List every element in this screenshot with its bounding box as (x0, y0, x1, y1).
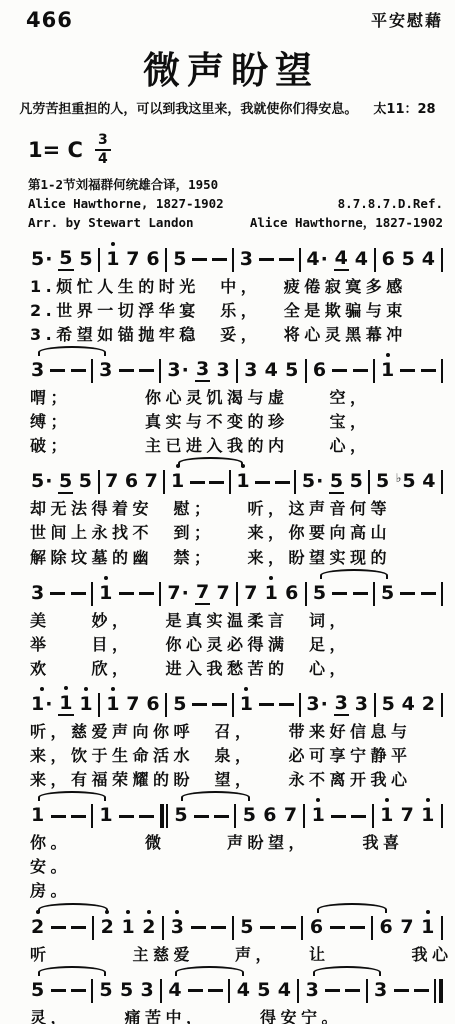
dash-note (192, 258, 207, 261)
note-token: 3· (166, 360, 189, 382)
note-token: 3· (305, 694, 328, 716)
scripture-reference: 太11：28 (373, 102, 435, 117)
credits-left: 第1-2节刘福群何统雄合译，1950 Alice Hawthorne, 1827… (28, 176, 224, 232)
barline (371, 916, 373, 940)
dash-note (208, 989, 223, 992)
note-token: 6 (379, 917, 394, 939)
octave-dot (111, 687, 115, 691)
note-token: 1· (30, 694, 53, 716)
note-token: 4 (421, 471, 436, 493)
dash-note (190, 481, 205, 484)
dash-note (71, 592, 86, 595)
note-token: 5 (119, 980, 134, 1002)
augmentation-dot: · (321, 248, 328, 270)
note-token: 7 (125, 694, 140, 716)
barline (165, 693, 167, 717)
note-token: 1 (420, 805, 435, 827)
note-token: 1 (105, 249, 120, 271)
octave-dot (269, 576, 273, 580)
lyric-line: 却无法得着安 慰； 听，这声音何等 (30, 498, 443, 519)
notation-line: 317·7771655 (30, 581, 443, 607)
note-token: 5 (78, 471, 93, 493)
barline (159, 582, 161, 606)
note-token: 1 (235, 471, 250, 493)
octave-dot (426, 798, 430, 802)
octave-dot (386, 353, 390, 357)
dash-note (71, 815, 86, 818)
barline (373, 582, 375, 606)
note-token: 1 (239, 694, 254, 716)
augmentation-dot: · (45, 248, 52, 270)
lyric-line: 世间上永找不 到； 来，你要向高山 (30, 522, 443, 543)
lyric-line: 灵， 痛苦中， 得安宁。 (30, 1007, 443, 1024)
dash-note (212, 258, 227, 261)
augmentation-dot: · (45, 693, 52, 715)
author-credit: Alice Hawthorne，1827-1902 (250, 214, 443, 233)
note-token: 2 (30, 917, 45, 939)
octave-dot (244, 687, 248, 691)
barline (441, 693, 443, 717)
notation-line: 1·11176513·33542 (30, 692, 443, 718)
notation-line: 5·55767115·555♭54 (30, 469, 443, 495)
note-token: 5 (349, 471, 364, 493)
dash-note (394, 989, 409, 992)
augmentation-dot: · (182, 359, 189, 381)
note-token: 1 (98, 805, 113, 827)
dash-note (400, 369, 415, 372)
scripture-text: 凡劳苦担重担的人，可以到我这里来，我就使你们得安息。 (19, 102, 357, 117)
credits-right: 8.7.8.7.D.Ref. Alice Hawthorne，1827-1902 (250, 195, 443, 233)
barline (303, 804, 305, 828)
note-token: 7 (216, 583, 231, 605)
note-token: 4 (264, 360, 279, 382)
tie-slur (317, 903, 387, 913)
note-token: 7 (283, 805, 298, 827)
dash-note (400, 592, 415, 595)
dash-note (51, 926, 66, 929)
barline (441, 804, 443, 828)
note-token: 1 (264, 583, 279, 605)
barline (232, 916, 234, 940)
dash-note (275, 481, 290, 484)
note-token: 7· (166, 583, 189, 605)
dash-note (351, 815, 366, 818)
lyric-line: 1.烦忙人生的时光 中， 疲倦寂寞多感 (30, 276, 443, 297)
barline (299, 693, 301, 717)
dash-note (214, 815, 229, 818)
lyric-line: 解除坟墓的幽 禁； 来，盼望实现的 (30, 547, 443, 568)
note-token: 6 (124, 471, 139, 493)
note-token: 5· (30, 471, 53, 493)
music-system: 1155671171你。 微 声盼望， 我喜安。房。 (30, 803, 443, 901)
barline (91, 582, 93, 606)
notation-line: 1155671171 (30, 803, 443, 829)
section-double-barline (160, 804, 169, 828)
note-token: 4 (236, 980, 251, 1002)
barline (372, 804, 374, 828)
octave-dot (40, 687, 44, 691)
note-token: ♭5 (395, 471, 417, 493)
music-system: 1·11176513·33542听，慈爱声向你呼 召， 带来好信息与来，饮于生命… (30, 692, 443, 790)
note-token: 4 (421, 249, 436, 271)
barline (373, 359, 375, 383)
note-token: 5· (301, 471, 324, 493)
augmentation-dot: · (45, 470, 52, 492)
barline (305, 582, 307, 606)
barline (374, 248, 376, 272)
note-token: 5 (58, 248, 73, 271)
key-signature-row: 1= C 3 4 (28, 133, 455, 166)
note-token: 3 (216, 360, 231, 382)
arranger-credit: Arr. by Stewart Landon (28, 214, 224, 233)
barline (294, 470, 296, 494)
dash-note (345, 989, 360, 992)
music-system: 5·55176534·446541.烦忙人生的时光 中， 疲倦寂寞多感2.世界一… (30, 247, 443, 345)
barline (232, 693, 234, 717)
dash-note (331, 815, 346, 818)
barline-thick (160, 804, 164, 828)
dash-note (279, 703, 294, 706)
note-token: 3 (195, 359, 210, 382)
augmentation-dot: · (316, 470, 323, 492)
note-token: 4 (334, 248, 349, 271)
music-system: 5553445433灵， 痛苦中， 得安宁。 (30, 978, 443, 1024)
note-token: 4 (354, 249, 369, 271)
barline (98, 470, 100, 494)
note-token: 5 (98, 980, 113, 1002)
barline (229, 470, 231, 494)
octave-dot (64, 686, 68, 690)
note-token: 7 (125, 249, 140, 271)
octave-dot (175, 910, 179, 914)
barline (91, 804, 93, 828)
dash-note (119, 815, 134, 818)
note-token: 3 (30, 583, 45, 605)
barline (91, 359, 93, 383)
lyric-line: 听，慈爱声向你呼 召， 带来好信息与 (30, 721, 443, 742)
hymn-number: 466 (26, 8, 73, 32)
note-token: 7 (195, 582, 210, 605)
note-token: 5 (242, 805, 257, 827)
lyric-line: 举 目， 你心灵必得满 足， (30, 634, 443, 655)
lyric-line: 房。 (30, 880, 443, 901)
time-signature-numerator: 3 (95, 133, 111, 151)
lyric-line: 欢 欣， 进入我愁苦的 心， (30, 658, 443, 679)
dash-note (281, 926, 296, 929)
note-token: 6 (284, 583, 299, 605)
dash-note (325, 989, 340, 992)
note-token: 3 (139, 980, 154, 1002)
dash-note (421, 369, 436, 372)
note-token: 5 (380, 583, 395, 605)
dash-note (353, 592, 368, 595)
note-token: 3 (239, 249, 254, 271)
note-token: 5 (401, 249, 416, 271)
lyric-line: 3.希望如锚抛牢稳 妥， 将心灵黑幕冲 (30, 324, 443, 345)
octave-dot (111, 242, 115, 246)
dash-note (191, 926, 206, 929)
note-token: 1 (30, 805, 45, 827)
note-token: 6 (262, 805, 277, 827)
barline (305, 359, 307, 383)
dash-note (212, 703, 227, 706)
barline (228, 979, 230, 1003)
barline (441, 359, 443, 383)
note-token: 3 (334, 693, 349, 716)
note-token: 2 (141, 917, 156, 939)
tie-slur (38, 966, 106, 976)
dash-note (332, 592, 347, 595)
note-token: 1 (379, 805, 394, 827)
dash-note (139, 592, 154, 595)
octave-dot (84, 687, 88, 691)
octave-dot (126, 910, 130, 914)
lyric-line: 喟； 你心灵饥渴与虚 空， (30, 387, 443, 408)
dash-note (71, 369, 86, 372)
tie-slur (38, 903, 108, 913)
note-token: 4 (277, 980, 292, 1002)
dash-note (255, 481, 270, 484)
dash-note (330, 926, 345, 929)
barline-thin (166, 804, 168, 828)
barline (232, 248, 234, 272)
note-token: 3 (170, 917, 185, 939)
octave-dot (316, 798, 320, 802)
note-token: 6 (309, 917, 324, 939)
octave-dot (147, 910, 151, 914)
note-token: 1 (380, 360, 395, 382)
dash-note (71, 926, 86, 929)
note-token: 5 (375, 471, 390, 493)
composer-credit: Alice Hawthorne, 1827-1902 (28, 195, 224, 214)
note-token: 3 (98, 360, 113, 382)
time-signature-denominator: 4 (98, 151, 108, 167)
dash-note (350, 926, 365, 929)
dash-note (119, 369, 134, 372)
note-token: 3 (30, 360, 45, 382)
barline (162, 916, 164, 940)
note-token: 3 (243, 360, 258, 382)
music-system: 317·7771655美 妙， 是真实温柔言 词，举 目， 你心灵必得满 足，欢… (30, 581, 443, 679)
note-token: 3 (373, 980, 388, 1002)
note-token: 3 (305, 980, 320, 1002)
tie-slur (320, 569, 388, 579)
lyric-line: 缚； 真实与不变的珍 宝， (30, 411, 443, 432)
augmentation-dot: · (321, 693, 328, 715)
final-barline (434, 979, 443, 1003)
music-system: 2212356671听 主慈爱 声， 让 我心 (30, 915, 443, 965)
dash-note (194, 815, 209, 818)
tie-slur (178, 457, 243, 467)
barline-thick (439, 979, 443, 1003)
lyric-line: 听 主慈爱 声， 让 我心 (30, 944, 443, 965)
note-token: 5 (256, 980, 271, 1002)
lyric-line: 安。 (30, 856, 443, 877)
music-system: 5·55767115·555♭54却无法得着安 慰； 听，这声音何等世间上永找不… (30, 469, 443, 567)
note-token: 7 (243, 583, 258, 605)
dash-note (188, 989, 203, 992)
lyric-line: 来，饮于生命活水 泉， 必可享宁静平 (30, 745, 443, 766)
barline (297, 979, 299, 1003)
barline (159, 359, 161, 383)
music-systems: 5·55176534·446541.烦忙人生的时光 中， 疲倦寂寞多感2.世界一… (30, 247, 443, 1024)
dash-note (119, 592, 134, 595)
lyric-line: 来，有福荣耀的盼 望， 永不离开我心 (30, 769, 443, 790)
barline (92, 916, 94, 940)
octave-dot (104, 576, 108, 580)
note-token: 4 (401, 694, 416, 716)
note-token: 5 (173, 805, 188, 827)
barline (441, 582, 443, 606)
dash-note (259, 258, 274, 261)
note-token: 5 (172, 694, 187, 716)
note-token: 1 (58, 693, 73, 716)
note-token: 5 (172, 249, 187, 271)
dash-note (192, 703, 207, 706)
note-token: 4 (167, 980, 182, 1002)
music-system: 333·3334561喟； 你心灵饥渴与虚 空，缚； 真实与不变的珍 宝，破； … (30, 358, 443, 456)
hymn-title: 微声盼望 (0, 40, 455, 94)
notation-line: 333·3334561 (30, 358, 443, 384)
barline (441, 248, 443, 272)
note-token: 1 (98, 583, 113, 605)
dash-note (71, 989, 86, 992)
note-token: 7 (144, 471, 159, 493)
barline (91, 979, 93, 1003)
barline (301, 916, 303, 940)
note-token: 5 (381, 694, 396, 716)
hymn-sheet-page: 466 平安慰藉 微声盼望 凡劳苦担重担的人，可以到我这里来，我就使你们得安息。… (0, 0, 455, 1024)
note-token: 5 (78, 249, 93, 271)
notation-line: 2212356671 (30, 915, 443, 941)
note-token: 6 (312, 360, 327, 382)
lyric-line: 美 妙， 是真实温柔言 词， (30, 610, 443, 631)
barline (368, 470, 370, 494)
barline (236, 359, 238, 383)
note-token: 1 (170, 471, 185, 493)
barline (299, 248, 301, 272)
dash-note (332, 369, 347, 372)
note-token: 1 (311, 805, 326, 827)
note-token: 1 (420, 917, 435, 939)
note-token: 5 (312, 583, 327, 605)
note-token: 3 (354, 694, 369, 716)
credits-block: 第1-2节刘福群何统雄合译，1950 Alice Hawthorne, 1827… (28, 176, 443, 232)
barline (234, 804, 236, 828)
page-header: 466 平安慰藉 (0, 0, 455, 32)
lyric-line: 你。 微 声盼望， 我喜 (30, 832, 443, 853)
note-token: 7 (400, 805, 415, 827)
tie-slur (175, 966, 244, 976)
scripture-line: 凡劳苦担重担的人，可以到我这里来，我就使你们得安息。太11：28 (0, 98, 455, 117)
hymn-category: 平安慰藉 (371, 8, 443, 31)
note-token: 5 (284, 360, 299, 382)
dash-note (51, 815, 66, 818)
note-token: 2 (421, 694, 436, 716)
barline (441, 916, 443, 940)
dash-note (260, 926, 275, 929)
barline (98, 693, 100, 717)
note-token: 7 (399, 917, 414, 939)
note-token: 2 (100, 917, 115, 939)
barline (366, 979, 368, 1003)
dash-note (259, 703, 274, 706)
tie-slur (38, 791, 106, 801)
note-token: 5· (30, 249, 53, 271)
octave-dot (426, 910, 430, 914)
note-token: 6 (145, 249, 160, 271)
dash-note (139, 369, 154, 372)
note-token: 5 (58, 471, 73, 494)
note-token: 1 (105, 694, 120, 716)
dash-note (51, 989, 66, 992)
dash-note (414, 989, 429, 992)
notation-line: 5553445433 (30, 978, 443, 1004)
augmentation-dot: · (182, 582, 189, 604)
barline (165, 248, 167, 272)
barline (441, 470, 443, 494)
lyric-line: 破； 主已进入我的内 心， (30, 435, 443, 456)
flat-accidental-icon: ♭ (396, 471, 402, 485)
dash-note (211, 926, 226, 929)
note-token: 5 (329, 471, 344, 494)
translator-credit: 第1-2节刘福群何统雄合译，1950 (28, 176, 224, 195)
barline (163, 470, 165, 494)
key-signature: 1= C (28, 138, 83, 162)
note-token: 5 (30, 980, 45, 1002)
barline-thin (434, 979, 436, 1003)
barline (160, 979, 162, 1003)
barline (98, 248, 100, 272)
octave-dot (385, 798, 389, 802)
note-token: 1 (120, 917, 135, 939)
note-token: 7 (104, 471, 119, 493)
dash-note (50, 592, 65, 595)
note-token: 4· (305, 249, 328, 271)
dash-note (279, 258, 294, 261)
note-token: 1 (78, 694, 93, 716)
note-token: 6 (381, 249, 396, 271)
note-token: 6 (145, 694, 160, 716)
time-signature: 3 4 (95, 133, 111, 166)
tie-slur (181, 791, 250, 801)
tie-slur (313, 966, 381, 976)
dash-note (139, 815, 154, 818)
dash-note (50, 369, 65, 372)
dash-note (421, 592, 436, 595)
notation-line: 5·55176534·44654 (30, 247, 443, 273)
tie-slur (38, 346, 106, 356)
meter-label: 8.7.8.7.D.Ref. (250, 195, 443, 214)
lyric-line: 2.世界一切浮华宴 乐， 全是欺骗与束 (30, 300, 443, 321)
dash-note (353, 369, 368, 372)
dash-note (209, 481, 224, 484)
barline (374, 693, 376, 717)
barline (236, 582, 238, 606)
note-token: 5 (239, 917, 254, 939)
